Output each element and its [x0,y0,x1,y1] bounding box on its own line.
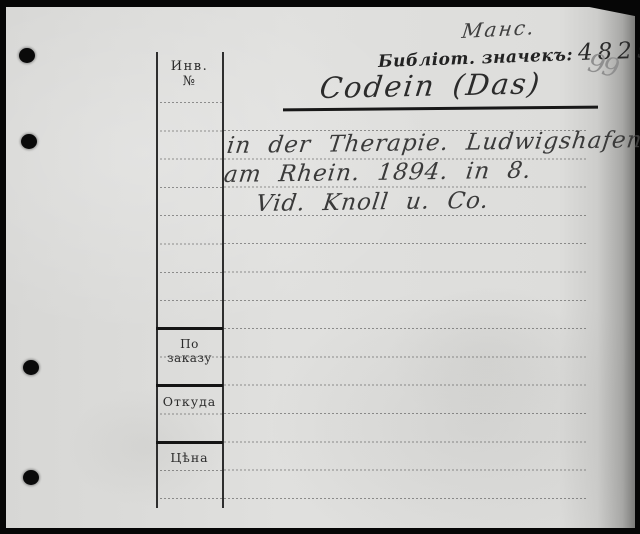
pencil-page-number: 99 [585,48,620,84]
inventory-label-line2: № [183,74,197,89]
section-divider-price [156,441,223,444]
column-divider-left [156,52,158,508]
inventory-number-label: Инв. № [156,59,223,89]
inventory-label-line1: Инв. [171,59,208,74]
by-order-label: По заказу [156,337,223,365]
section-divider-order [156,327,223,330]
title-underline [283,106,598,112]
punch-hole [23,470,39,485]
body-line-2: am Rhein. 1894. in 8. [222,158,533,188]
card-title-handwriting: Codein (Das) [318,66,543,105]
card-paper: Инв. № По заказу Откуда Цѣна Манс. Библі… [6,7,635,528]
top-annotation-handwriting: Манс. [461,15,538,43]
punch-hole [23,360,39,375]
column-divider-right [222,52,224,508]
section-divider-origin [156,384,223,387]
from-where-label: Откуда [156,394,223,409]
price-label: Цѣна [156,450,223,465]
punch-hole [21,134,37,149]
body-line-3: Vid. Knoll u. Co. [254,188,490,217]
punch-hole [19,48,35,63]
scanned-card: Инв. № По заказу Откуда Цѣна Манс. Библі… [0,0,640,534]
